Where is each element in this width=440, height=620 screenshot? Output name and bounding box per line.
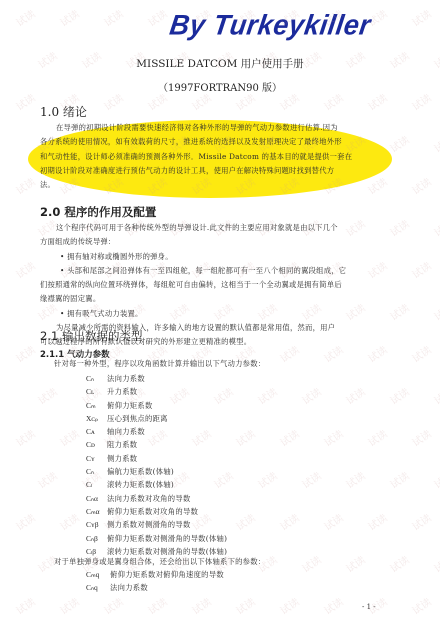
param-row: Cₘq 俯仰力矩系数对俯仰角速度的导数 (86, 568, 224, 581)
watermark-text: 试读 (35, 468, 60, 492)
watermark-text: 试读 (321, 510, 346, 534)
param-symbol: Cₘq (86, 568, 110, 581)
param-description: 法向力系数 (107, 372, 145, 385)
param-description: 侧力系数对侧滑角的导数 (107, 518, 191, 531)
param-row: Cᴀ 轴向力系数 (86, 425, 227, 438)
watermark-text: 试读 (13, 510, 38, 534)
param-symbol: Cʏ (86, 452, 107, 465)
text-line: 这个程序代码可用于各种传统外型的导弹设计.此文件的主要应用对象就是由以下几个 (40, 221, 420, 235)
param-symbol: Cₙ (86, 372, 107, 385)
param-row: Cᴅ阻力系数 (86, 438, 227, 451)
param-row: Cʏ 侧力系数 (86, 452, 227, 465)
text-line: 为尽量减少所需的资料输入，许多输入的地方设置的默认值都是常用值，然而，用户 (40, 321, 420, 335)
text-line: 缘襟翼的固定翼。 (40, 292, 420, 306)
watermark-text: 试读 (101, 594, 126, 618)
section-1-heading: 1.0 绪论 (40, 103, 87, 120)
watermark-text: 试读 (343, 468, 368, 492)
section-2-heading: 2.0 程序的作用及配置 (40, 204, 156, 220)
watermark-text: 试读 (13, 174, 38, 198)
watermark-text: 试读 (365, 426, 390, 450)
watermark-text: 试读 (57, 510, 82, 534)
watermark-text: 试读 (145, 6, 170, 30)
param-row: Cₘ 俯仰力矩系数 (86, 399, 227, 412)
param-symbol: Cₙβ (86, 532, 107, 545)
param-symbol: Cₘα (86, 505, 107, 518)
watermark-text: 试读 (431, 300, 440, 324)
param-symbol: Cₙα (86, 492, 107, 505)
watermark-text: 试读 (145, 594, 170, 618)
param-symbol: Xᴄₚ (86, 412, 107, 425)
bullet-item: • 拥有轴对称或椭圆外形的弹身。 (40, 250, 420, 264)
param-description: 滚转力矩系数(体轴) (107, 478, 174, 491)
param-row: Cₙ法向力系数 (86, 372, 227, 385)
watermark-text: 试读 (365, 510, 390, 534)
watermark-text: 试读 (57, 426, 82, 450)
watermark-text: 试读 (299, 552, 324, 576)
param-description: 偏航力矩系数(体轴) (107, 465, 174, 478)
text-line: 针对每一种外型，程序以攻角函数计算并输出以下气动力参数： (54, 357, 265, 371)
watermark-text: 试读 (277, 510, 302, 534)
param-row: Cₙα法向力系数对攻角的导数 (86, 492, 227, 505)
watermark-text: 试读 (343, 552, 368, 576)
text-line: 们按照通常的纵向位置环绕弹体，每组舵可自由偏转，这相当于一个全动翼或是拥有简单后 (40, 278, 420, 292)
aero-parameter-list: Cₙ法向力系数 Cʟ升力系数 Cₘ 俯仰力矩系数 Xᴄₚ压心到焦点的距离 Cᴀ … (86, 372, 227, 558)
body-axis-parameter-list: Cₘq 俯仰力矩系数对俯仰角速度的导数 Cₙq法向力系数 (86, 568, 224, 595)
params-intro: 针对每一种外型，程序以攻角函数计算并输出以下气动力参数： (54, 357, 265, 371)
text-line: 各分系统的使用情况，如有效载荷的尺寸，推进系统的选择以及发射原理决定了最终地外形 (40, 135, 410, 149)
watermark-text: 试读 (299, 384, 324, 408)
param-symbol: Cₗ (86, 478, 107, 491)
watermark-text: 试读 (299, 468, 324, 492)
watermark-text: 试读 (431, 384, 440, 408)
document-subtitle: （1997FORTRAN90 版） (0, 79, 440, 94)
param-row: Cₘα俯仰力矩系数对攻角的导数 (86, 505, 227, 518)
watermark-text: 试读 (321, 426, 346, 450)
watermark-text: 试读 (13, 594, 38, 618)
watermark-text: 试读 (101, 6, 126, 30)
watermark-text: 试读 (431, 552, 440, 576)
watermark-text: 试读 (431, 132, 440, 156)
section-2-body: 这个程序代码可用于各种传统外型的导弹设计.此文件的主要应用对象就是由以下几个 方… (40, 221, 420, 350)
watermark-text: 试读 (13, 6, 38, 30)
watermark-text: 试读 (409, 510, 434, 534)
param-symbol: Cₘ (86, 399, 107, 412)
text-line: 方面组成的传统导弹： (40, 235, 420, 249)
param-row: Cʟ升力系数 (86, 385, 227, 398)
text-line: 在导弹的初期设计阶段需要快速经济得对各种外形的导弹的气动力参数进行估算.因为 (40, 121, 410, 135)
param-description: 俯仰力矩系数 (107, 399, 153, 412)
watermark-text: 试读 (13, 258, 38, 282)
watermark-text: 试读 (13, 426, 38, 450)
watermark-text: 试读 (189, 594, 214, 618)
param-description: 阻力系数 (107, 438, 137, 451)
watermark-text: 试读 (387, 468, 412, 492)
watermark-text: 试读 (233, 510, 258, 534)
watermark-text: 试读 (387, 384, 412, 408)
watermark-text: 试读 (431, 468, 440, 492)
text-line: 初期设计阶段对准确度进行预估气动力的设计工具，使用户在解决特殊问题时找到替代方 (40, 164, 410, 178)
watermark-text: 试读 (321, 594, 346, 618)
param-description: 轴向力系数 (107, 425, 145, 438)
bullet-item: • 拥有吸气式动力装置。 (40, 307, 420, 321)
watermark-text: 试读 (277, 594, 302, 618)
text-line: 和气动性能，设计师必须准确的预测各种外形．Missile Datcom 的基本目… (40, 150, 410, 164)
param-description: 俯仰力矩系数对俯仰角速度的导数 (110, 568, 224, 581)
watermark-text: 试读 (57, 594, 82, 618)
watermark-text: 试读 (233, 426, 258, 450)
param-symbol: Cₙq (86, 581, 110, 594)
watermark-text: 试读 (35, 384, 60, 408)
param-row: Cₗ 滚转力矩系数(体轴) (86, 478, 227, 491)
param-symbol: Cᴅ (86, 438, 107, 451)
watermark-text: 试读 (409, 426, 434, 450)
watermark-text: 试读 (343, 384, 368, 408)
watermark-text: 试读 (431, 216, 440, 240)
param-row: Cₙ偏航力矩系数(体轴) (86, 465, 227, 478)
body-params-note: 对于单独弹身或是翼身组合体，还会给出以下体轴系下的参数： (54, 555, 265, 568)
param-description: 升力系数 (107, 385, 137, 398)
param-symbol: Cʟ (86, 385, 107, 398)
param-symbol: Cᴀ (86, 425, 107, 438)
watermark-text: 试读 (57, 6, 82, 30)
param-symbol: Cʏβ (86, 518, 107, 531)
section-1-paragraph: 在导弹的初期设计阶段需要快速经济得对各种外形的导弹的气动力参数进行估算.因为 各… (40, 121, 410, 192)
page-number: - 1 - (362, 603, 376, 611)
param-row: Cₙβ 俯仰力矩系数对侧滑角的导数(体轴) (86, 532, 227, 545)
watermark-text: 试读 (233, 594, 258, 618)
param-description: 法向力系数对攻角的导数 (107, 492, 191, 505)
param-row: Cʏβ侧力系数对侧滑角的导数 (86, 518, 227, 531)
watermark-text: 试读 (409, 174, 434, 198)
text-line: 法。 (40, 178, 410, 192)
param-row: Xᴄₚ压心到焦点的距离 (86, 412, 227, 425)
text-line: 可以越过程序的所有默认值以对研究的外形建立更精准的模型。 (40, 335, 420, 349)
text-line: 对于单独弹身或是翼身组合体，还会给出以下体轴系下的参数： (54, 555, 265, 568)
watermark-text: 试读 (387, 552, 412, 576)
param-description: 侧力系数 (107, 452, 137, 465)
watermark-text: 试读 (277, 426, 302, 450)
watermark-text: 试读 (409, 594, 434, 618)
document-title: MISSILE DATCOM 用户使用手册 (0, 56, 440, 71)
param-row: Cₙq法向力系数 (86, 581, 224, 594)
param-description: 压心到焦点的距离 (107, 412, 168, 425)
watermark-text: 试读 (13, 342, 38, 366)
bullet-item: • 头部和尾部之间沿弹体有一至四组舵，每一组舵都可有一至八个相同的翼段组成，它 (40, 264, 420, 278)
param-symbol: Cₙ (86, 465, 107, 478)
watermark-text: 试读 (255, 468, 280, 492)
param-description: 俯仰力矩系数对攻角的导数 (107, 505, 198, 518)
param-description: 俯仰力矩系数对侧滑角的导数(体轴) (107, 532, 227, 545)
watermark-text: 试读 (255, 384, 280, 408)
param-description: 法向力系数 (110, 581, 148, 594)
author-logo: By Turkeykiller (167, 7, 422, 43)
